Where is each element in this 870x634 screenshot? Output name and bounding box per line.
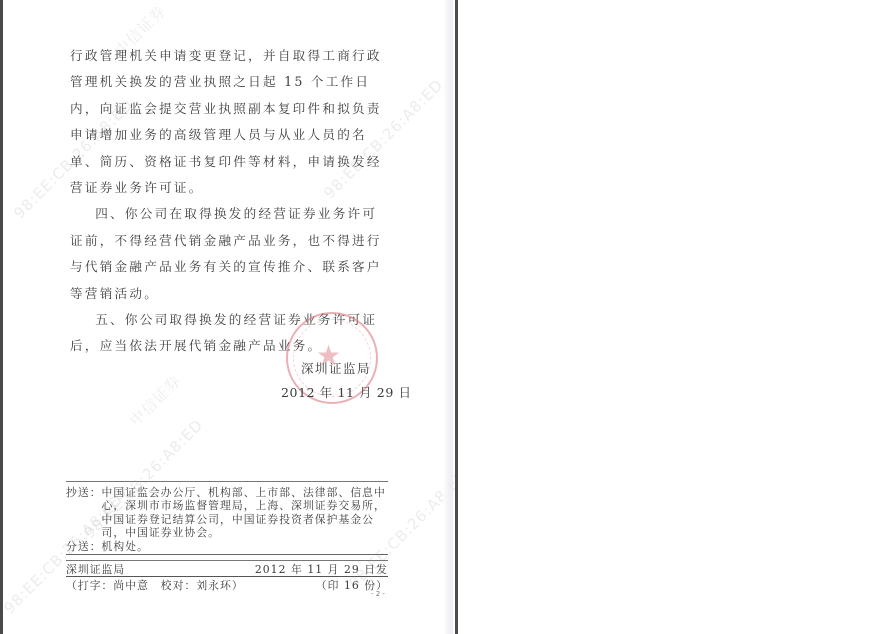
typist-row: （打字：尚中意 校对：刘永环） （印 16 份）: [66, 579, 388, 592]
cc-label: 抄送：: [66, 486, 102, 540]
typist-proofreader: （打字：尚中意 校对：刘永环）: [66, 579, 244, 592]
paragraph-item-four: 四、你公司在取得换发的经营证券业务许可证前，不得经营代销金融产品业务，也不得进行…: [70, 201, 390, 307]
distribution-recipients: 机构处。: [102, 540, 149, 553]
document-page: 中信证券 98:EE:CB:26:A8:ED 98:EE:CB:26:A8:ED…: [3, 0, 455, 634]
issue-date: 2012 年 11 月 29 日: [281, 383, 412, 401]
issuer-name: 深圳证监局: [301, 359, 371, 377]
blank-viewer-area: [458, 0, 870, 634]
cc-recipients: 中国证监会办公厅、机构部、上市部、法律部、信息中心，深圳市市场监督管理局，上海、…: [102, 486, 388, 540]
distribution-row: 分送：机构处。: [66, 540, 388, 555]
sent-date: 2012 年 11 月 29 日发: [255, 563, 388, 576]
watermark: 中信证券: [125, 370, 185, 430]
document-footer: 抄送： 中国证监会办公厅、机构部、上市部、法律部、信息中心，深圳市市场监督管理局…: [66, 481, 388, 593]
cc-row: 抄送： 中国证监会办公厅、机构部、上市部、法律部、信息中心，深圳市市场监督管理局…: [66, 482, 388, 540]
page-number: - 2 -: [371, 590, 385, 598]
sender-name: 深圳证监局: [66, 563, 125, 576]
page-scan-edge: [443, 0, 453, 634]
paragraph-continuation: 行政管理机关申请变更登记，并自取得工商行政管理机关换发的营业执照之日起 15 个…: [70, 43, 390, 201]
sender-row: 深圳证监局 2012 年 11 月 29 日发: [66, 560, 388, 577]
distribution-label: 分送：: [66, 540, 102, 553]
